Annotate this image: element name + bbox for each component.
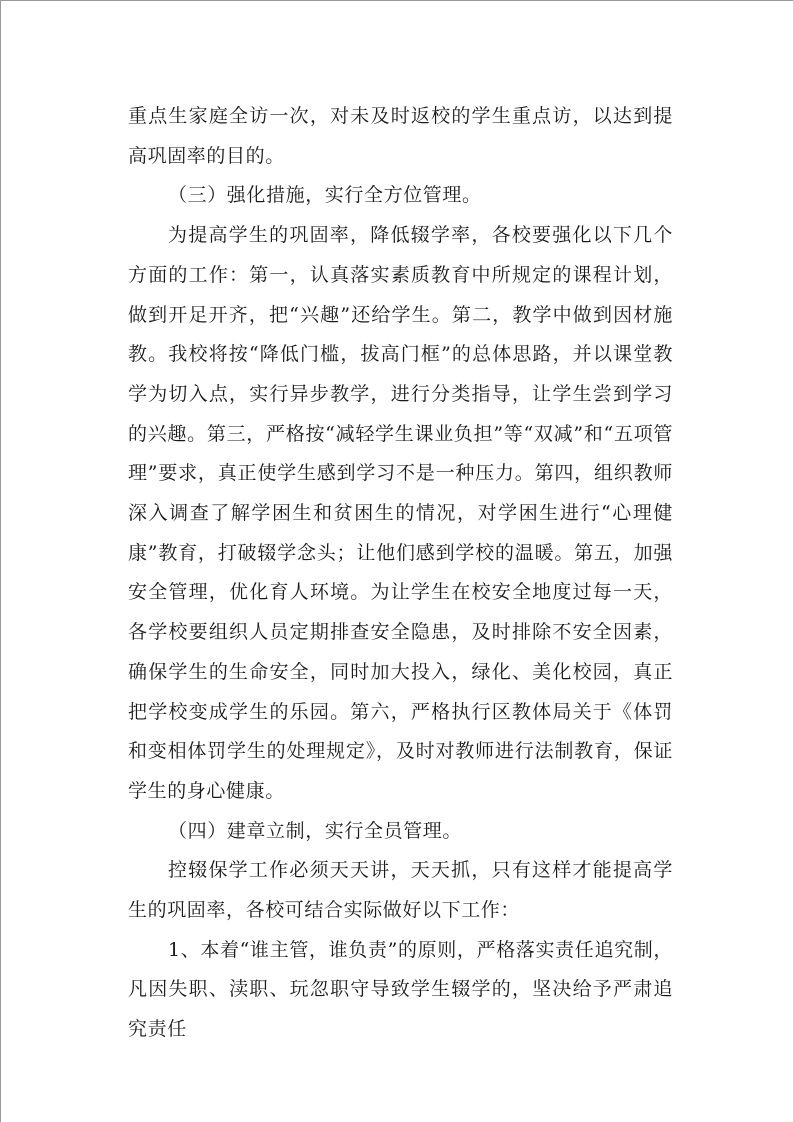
document-page: 重点生家庭全访一次，对未及时返校的学生重点访，以达到提高巩固率的目的。 （三）强… [0, 0, 793, 1122]
section-heading-4: （四）建章立制，实行全员管理。 [128, 812, 673, 852]
paragraph-item-1: 1、本着“谁主管，谁负责”的原则，严格落实责任追究制，凡因失职、渎职、玩忽职守导… [128, 931, 673, 1050]
paragraph-continuation: 重点生家庭全访一次，对未及时返校的学生重点访，以达到提高巩固率的目的。 [128, 97, 673, 176]
paragraph-measures: 为提高学生的巩固率，降低辍学率，各校要强化以下几个方面的工作：第一，认真落实素质… [128, 216, 673, 812]
paragraph-dropout-control: 控辍保学工作必须天天讲，天天抓，只有这样才能提高学生的巩固率，各校可结合实际做好… [128, 851, 673, 930]
document-body: 重点生家庭全访一次，对未及时返校的学生重点访，以达到提高巩固率的目的。 （三）强… [128, 97, 673, 1050]
section-heading-3: （三）强化措施，实行全方位管理。 [128, 176, 673, 216]
